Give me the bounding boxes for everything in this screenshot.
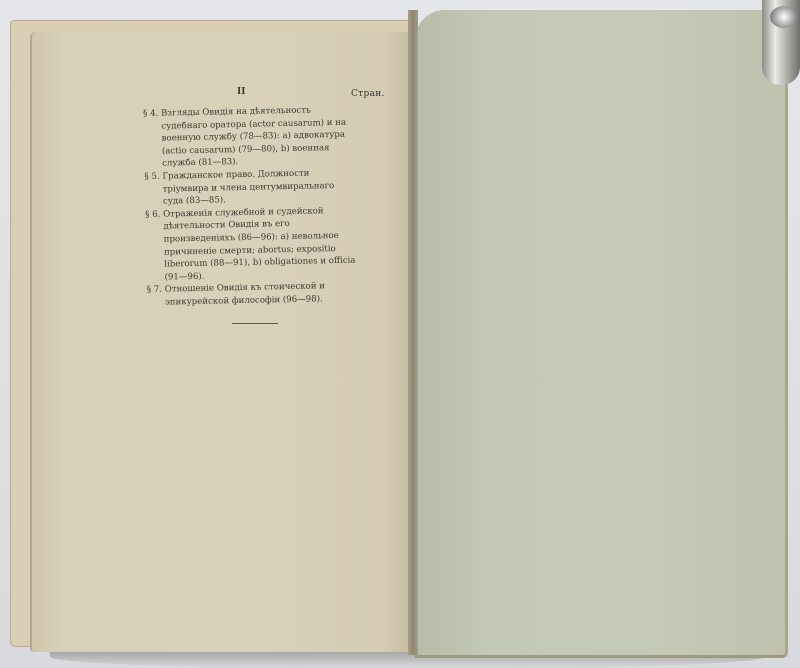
toc-entry: § 7. Отношеніе Овидія къ стоической и эп…	[147, 280, 359, 310]
book-gutter	[408, 10, 418, 655]
toc-entry: § 5. Гражданское право. Должности тріумв…	[144, 167, 357, 209]
toc-entry: § 6. Отраженія служебной и судейской дѣя…	[145, 204, 359, 284]
section-divider-rule	[232, 323, 278, 324]
table-of-contents: § 4. Взгляды Овидія на дѣятельность суде…	[143, 104, 359, 310]
toc-entry: § 4. Взгляды Овидія на дѣятельность суде…	[143, 104, 356, 171]
metal-weight-cap	[770, 6, 798, 28]
page-number: II	[237, 87, 245, 97]
column-header-pages: Стран.	[351, 89, 385, 99]
right-page-blank	[415, 10, 788, 658]
